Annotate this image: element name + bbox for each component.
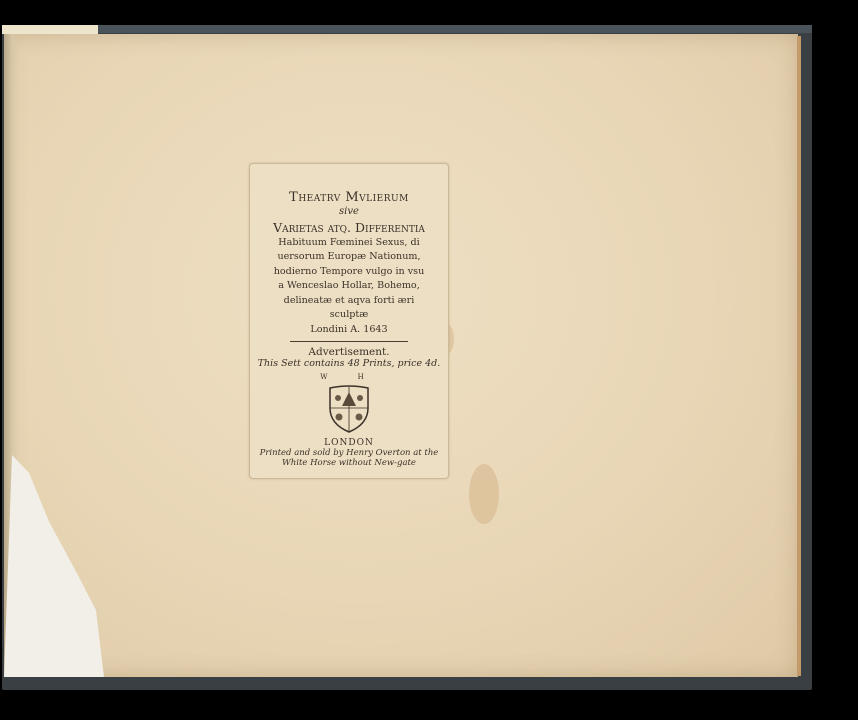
plate-line: uersorum Europæ Nationum, [256,250,442,265]
foxing-stain [469,464,499,524]
imprint-city: LONDON [256,438,442,448]
initials: W H [256,373,442,381]
coat-of-arms-icon [328,384,370,434]
page-right-edge [797,36,801,676]
divider-rule [290,341,408,342]
plate-line: delineatæ et aqva forti æri [256,294,442,309]
plate-line: Varietas atq. Differentia [256,221,442,236]
title-plate: Theatrv Mvlierum sive Varietas atq. Diff… [249,163,449,479]
advertisement-heading: Advertisement. [256,346,442,358]
flyleaf-strip [2,25,98,34]
plate-sive: sive [256,206,442,217]
plate-title: Theatrv Mvlierum [256,190,442,205]
plate-line: sculptæ [256,308,442,323]
imprint-line: White Horse without New-gate [256,458,442,468]
plate-line: Habituum Fœminei Sexus, di [256,236,442,251]
imprint-line: Printed and sold by Henry Overton at the [256,448,442,458]
plate-line: hodierno Tempore vulgo in vsu [256,265,442,280]
advertisement-text: This Sett contains 48 Prints, price 4d. [256,358,442,369]
plate-line: a Wenceslao Hollar, Bohemo, [256,279,442,294]
plate-line: Londini A. 1643 [256,323,442,338]
cover-top-edge [2,25,812,33]
plate-text-lines: Varietas atq. Differentia Habituum Fœmin… [256,221,442,337]
